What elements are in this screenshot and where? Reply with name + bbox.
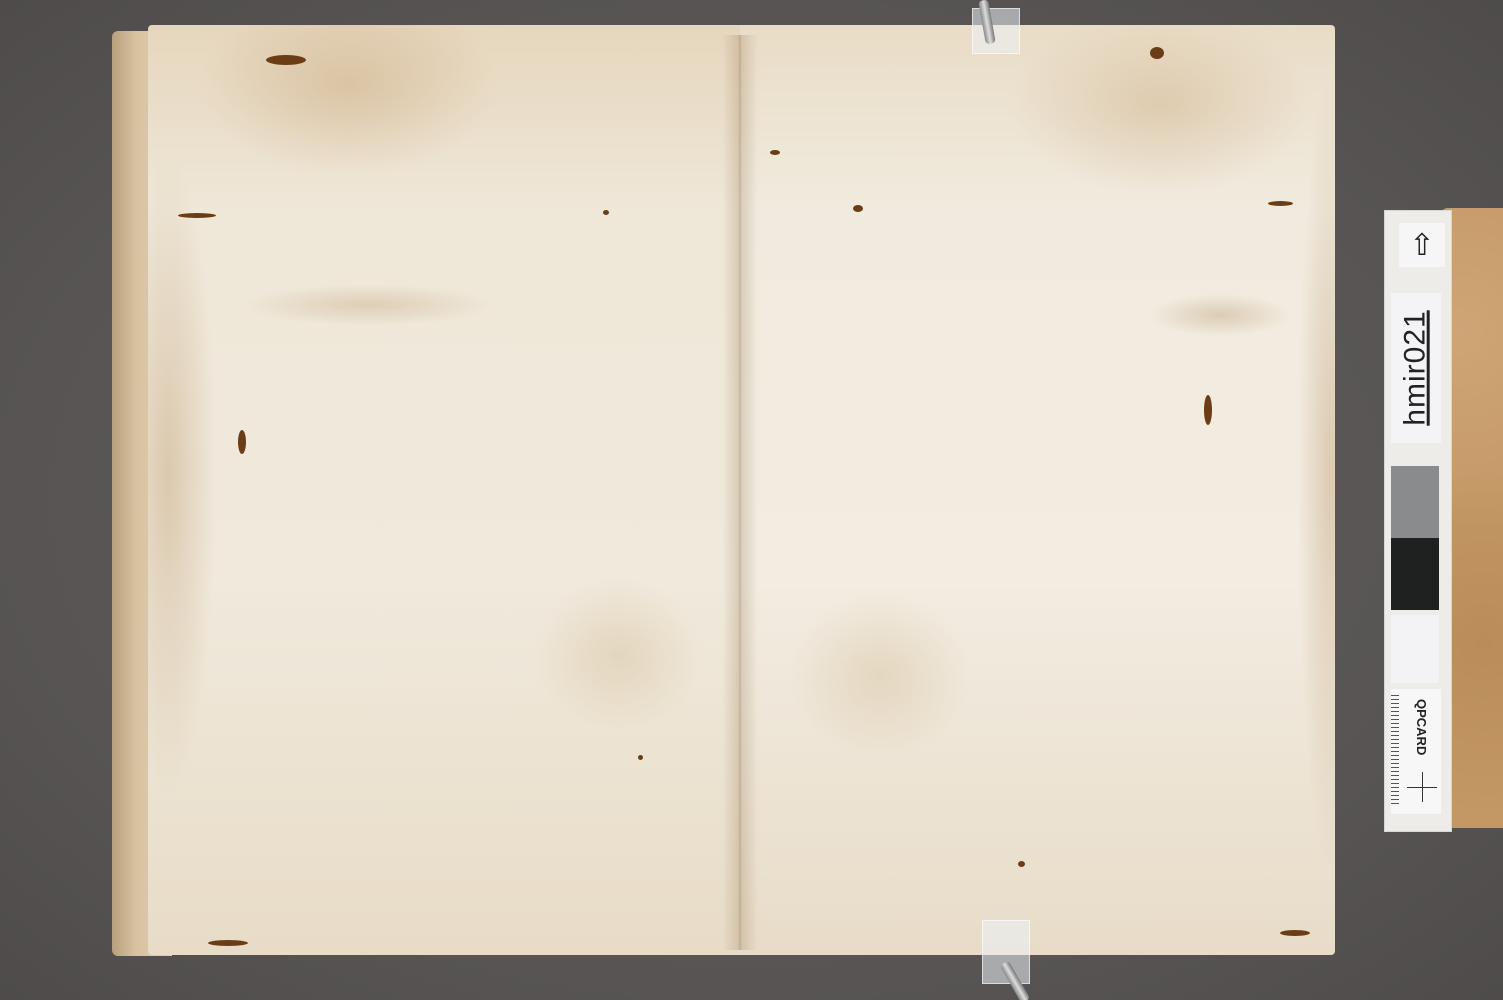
stain bbox=[178, 213, 216, 218]
stain bbox=[208, 940, 248, 946]
stain bbox=[603, 210, 609, 215]
open-book bbox=[112, 25, 1342, 960]
left-page bbox=[148, 25, 740, 955]
stain bbox=[238, 430, 246, 454]
calibration-card: ⇧ hmir021 QPCARD bbox=[1384, 210, 1452, 832]
swatch-white bbox=[1391, 615, 1439, 683]
stain bbox=[853, 205, 863, 212]
stain bbox=[1268, 201, 1293, 206]
stain bbox=[638, 755, 643, 760]
swatch-grey bbox=[1391, 466, 1439, 538]
stain bbox=[1150, 47, 1164, 59]
tape-top bbox=[972, 8, 1020, 54]
ruler-ticks bbox=[1391, 695, 1399, 807]
right-page bbox=[740, 25, 1335, 955]
swatch-black bbox=[1391, 538, 1439, 610]
crosshair-icon bbox=[1422, 772, 1423, 802]
stain bbox=[1204, 395, 1212, 425]
stain bbox=[1018, 861, 1025, 867]
ruler-scale: QPCARD bbox=[1391, 689, 1441, 814]
brand-label: QPCARD bbox=[1414, 699, 1429, 755]
stain bbox=[770, 150, 780, 155]
shelfmark-text: hmir021 bbox=[1399, 310, 1433, 425]
shelfmark-label: hmir021 bbox=[1391, 293, 1441, 443]
stain bbox=[1280, 930, 1310, 936]
up-arrow-icon: ⇧ bbox=[1399, 223, 1445, 267]
book-gutter bbox=[722, 35, 758, 950]
stain bbox=[266, 55, 306, 65]
